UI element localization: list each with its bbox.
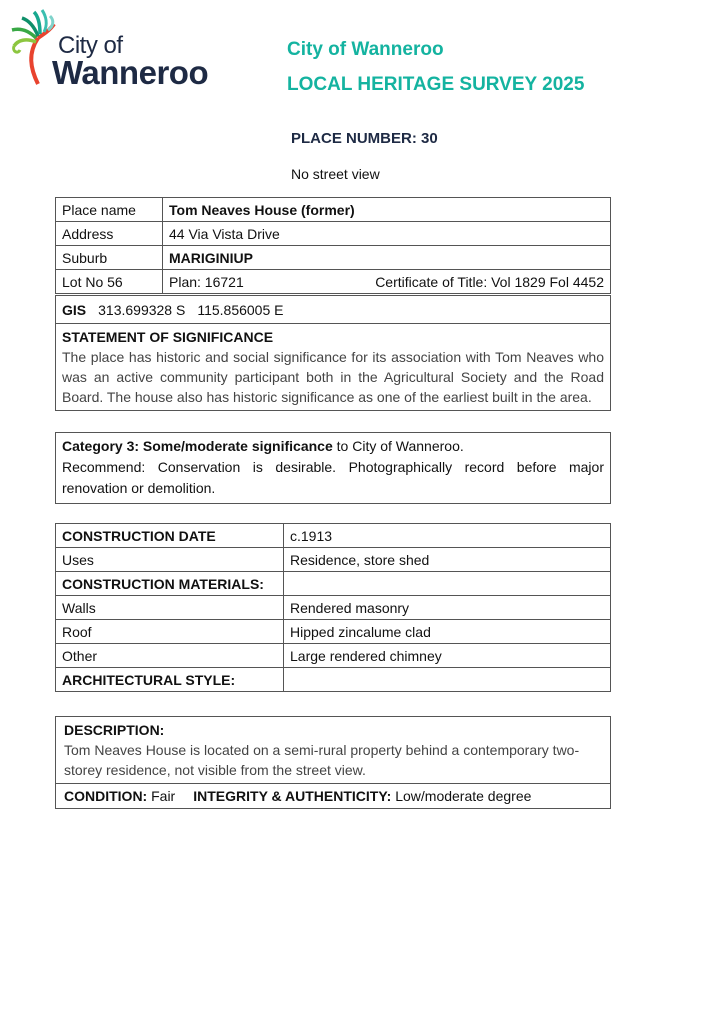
construction-label: Roof: [56, 620, 284, 644]
construction-value: Hipped zincalume clad: [284, 620, 611, 644]
table-row: OtherLarge rendered chimney: [56, 644, 611, 668]
city-of-wanneroo-logo: City of Wanneroo: [8, 8, 228, 88]
category-suffix: to City of Wanneroo.: [333, 438, 464, 454]
construction-value: [284, 572, 611, 596]
table-row: ARCHITECTURAL STYLE:: [56, 668, 611, 692]
condition-row: CONDITION: Fair INTEGRITY & AUTHENTICITY…: [56, 783, 610, 808]
gis-latitude: 313.699328 S: [98, 302, 185, 318]
place-details-table: Place name Tom Neaves House (former) Add…: [55, 197, 611, 294]
category-line: Category 3: Some/moderate significance t…: [62, 436, 604, 457]
construction-label: Uses: [56, 548, 284, 572]
place-name-value: Tom Neaves House (former): [163, 198, 611, 222]
description-heading: DESCRIPTION:: [56, 717, 610, 740]
plan-number: Plan: 16721: [169, 274, 244, 290]
integrity-label: INTEGRITY & AUTHENTICITY:: [193, 788, 391, 804]
construction-table: CONSTRUCTION DATEc.1913UsesResidence, st…: [55, 523, 611, 692]
condition-value: Fair: [151, 788, 175, 804]
construction-value: Large rendered chimney: [284, 644, 611, 668]
table-row: UsesResidence, store shed: [56, 548, 611, 572]
place-name-label: Place name: [56, 198, 163, 222]
significance-heading: STATEMENT OF SIGNIFICANCE: [56, 324, 610, 347]
table-row: Lot No 56 Plan: 16721 Certificate of Tit…: [56, 270, 611, 294]
table-row: Address 44 Via Vista Drive: [56, 222, 611, 246]
gis-longitude: 115.856005 E: [197, 302, 283, 318]
construction-label: ARCHITECTURAL STYLE:: [56, 668, 284, 692]
construction-value: Residence, store shed: [284, 548, 611, 572]
description-text: Tom Neaves House is located on a semi-ru…: [56, 740, 610, 783]
table-row: CONSTRUCTION MATERIALS:: [56, 572, 611, 596]
place-number: PLACE NUMBER: 30: [291, 130, 438, 147]
header-subtitle: LOCAL HERITAGE SURVEY 2025: [287, 74, 584, 96]
table-row: CONSTRUCTION DATEc.1913: [56, 524, 611, 548]
table-row: WallsRendered masonry: [56, 596, 611, 620]
gis-row: GIS 313.699328 S 115.856005 E: [56, 295, 610, 324]
construction-label: Walls: [56, 596, 284, 620]
construction-value: c.1913: [284, 524, 611, 548]
table-row: Suburb MARIGINIUP: [56, 246, 611, 270]
gis-label: GIS: [62, 302, 86, 318]
construction-value: Rendered masonry: [284, 596, 611, 620]
table-row: Place name Tom Neaves House (former): [56, 198, 611, 222]
suburb-value: MARIGINIUP: [163, 246, 611, 270]
construction-label: Other: [56, 644, 284, 668]
lot-number: Lot No 56: [56, 270, 163, 294]
integrity-value: Low/moderate degree: [395, 788, 531, 804]
header-title: City of Wanneroo: [287, 39, 444, 61]
logo-wanneroo-text: Wanneroo: [52, 54, 208, 92]
address-label: Address: [56, 222, 163, 246]
table-row: RoofHipped zincalume clad: [56, 620, 611, 644]
category-label: Category 3: Some/moderate significance: [62, 438, 333, 454]
construction-label: CONSTRUCTION DATE: [56, 524, 284, 548]
address-value: 44 Via Vista Drive: [163, 222, 611, 246]
category-box: Category 3: Some/moderate significance t…: [55, 432, 611, 504]
significance-section: GIS 313.699328 S 115.856005 E STATEMENT …: [55, 295, 611, 411]
certificate-of-title: Certificate of Title: Vol 1829 Fol 4452: [375, 274, 604, 290]
condition-label: CONDITION:: [64, 788, 147, 804]
recommendation-text: Recommend: Conservation is desirable. Ph…: [62, 457, 604, 499]
plan-certificate-cell: Plan: 16721 Certificate of Title: Vol 18…: [163, 270, 611, 294]
significance-text: The place has historic and social signif…: [56, 347, 610, 410]
suburb-label: Suburb: [56, 246, 163, 270]
construction-label: CONSTRUCTION MATERIALS:: [56, 572, 284, 596]
street-view-note: No street view: [291, 166, 380, 182]
construction-value: [284, 668, 611, 692]
description-section: DESCRIPTION: Tom Neaves House is located…: [55, 716, 611, 809]
